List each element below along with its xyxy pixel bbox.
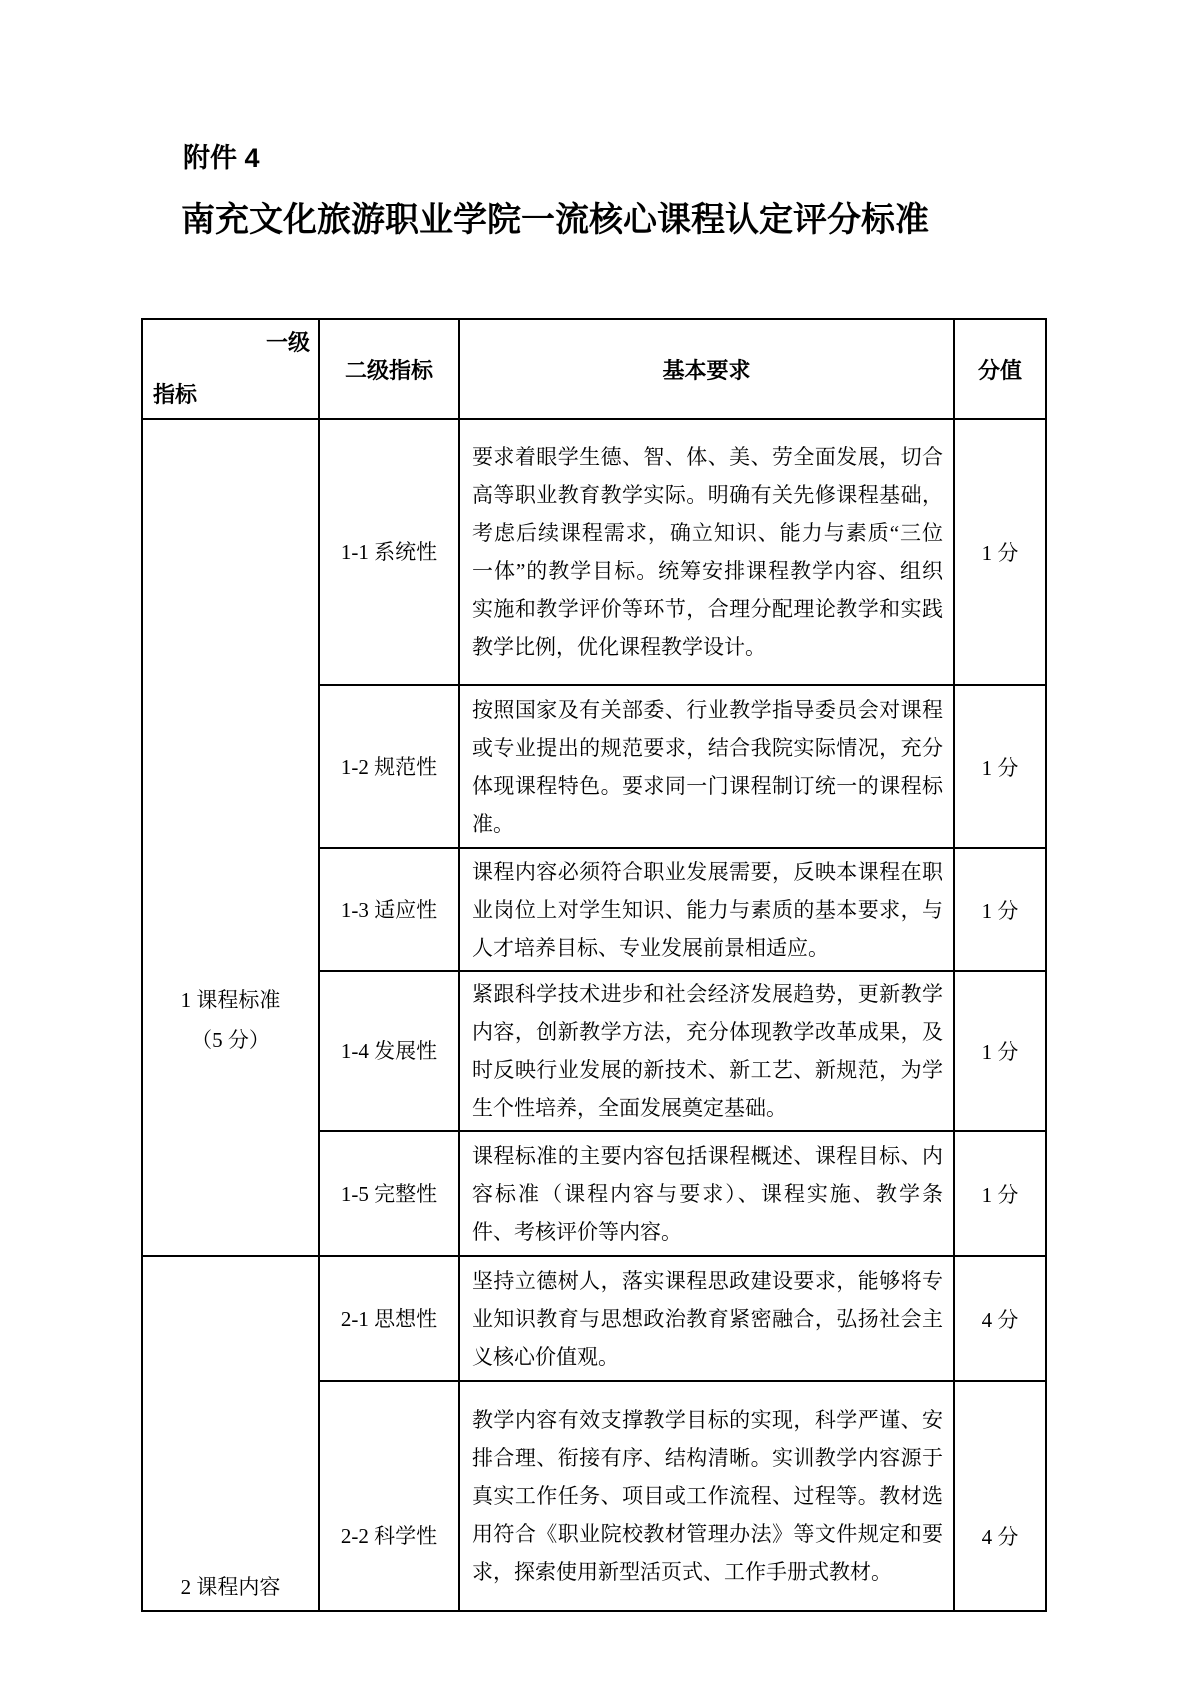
table-header-row: 一级 指标 二级指标 基本要求 分值 xyxy=(142,319,1046,419)
indicator-cell: 1-1 系统性 xyxy=(319,419,459,685)
scoring-table: 一级 指标 二级指标 基本要求 分值 1 课程标准 （5 分） 1-1 系统性 … xyxy=(141,318,1047,1612)
indicator-cell: 1-3 适应性 xyxy=(319,848,459,971)
requirement-cell: 紧跟科学技术进步和社会经济发展趋势，更新教学内容，创新教学方法，充分体现教学改革… xyxy=(459,971,954,1131)
indicator-cell: 2-1 思想性 xyxy=(319,1256,459,1381)
header-level1-line2: 指标 xyxy=(153,380,310,410)
header-level1-indicator: 一级 指标 xyxy=(142,319,319,419)
requirement-cell: 按照国家及有关部委、行业教学指导委员会对课程或专业提出的规范要求，结合我院实际情… xyxy=(459,685,954,848)
indicator-cell: 2-2 科学性 xyxy=(319,1381,459,1611)
document-title: 南充文化旅游职业学院一流核心课程认定评分标准 xyxy=(181,198,929,242)
group-label-line2: （5 分） xyxy=(143,1020,318,1060)
requirement-cell: 教学内容有效支撑教学目标的实现，科学严谨、安排合理、衔接有序、结构清晰。实训教学… xyxy=(459,1381,954,1611)
scoring-table-container: 一级 指标 二级指标 基本要求 分值 1 课程标准 （5 分） 1-1 系统性 … xyxy=(141,318,1047,1612)
score-cell: 4 分 xyxy=(954,1381,1046,1611)
header-level1-line1: 一级 xyxy=(153,328,310,358)
indicator-cell: 1-2 规范性 xyxy=(319,685,459,848)
score-cell: 1 分 xyxy=(954,685,1046,848)
requirement-cell: 要求着眼学生德、智、体、美、劳全面发展，切合高等职业教育教学实际。明确有关先修课… xyxy=(459,419,954,685)
header-score: 分值 xyxy=(954,319,1046,419)
attachment-label: 附件 4 xyxy=(183,141,260,175)
document-page: 附件 4 南充文化旅游职业学院一流核心课程认定评分标准 一级 指标 二级指标 基… xyxy=(0,0,1191,1684)
group-label-line1: 1 课程标准 xyxy=(143,980,318,1020)
score-cell: 1 分 xyxy=(954,1131,1046,1256)
table-row: 1 课程标准 （5 分） 1-1 系统性 要求着眼学生德、智、体、美、劳全面发展… xyxy=(142,419,1046,685)
table-row: 2 课程内容 2-1 思想性 坚持立德树人，落实课程思政建设要求，能够将专业知识… xyxy=(142,1256,1046,1381)
group-label-line1: 2 课程内容 xyxy=(143,1572,318,1602)
score-cell: 4 分 xyxy=(954,1256,1046,1381)
header-level2-indicator: 二级指标 xyxy=(319,319,459,419)
indicator-cell: 1-4 发展性 xyxy=(319,971,459,1131)
group-cell-course-content: 2 课程内容 xyxy=(142,1256,319,1611)
indicator-cell: 1-5 完整性 xyxy=(319,1131,459,1256)
requirement-cell: 课程内容必须符合职业发展需要，反映本课程在职业岗位上对学生知识、能力与素质的基本… xyxy=(459,848,954,971)
requirement-cell: 坚持立德树人，落实课程思政建设要求，能够将专业知识教育与思想政治教育紧密融合，弘… xyxy=(459,1256,954,1381)
group-cell-course-standard: 1 课程标准 （5 分） xyxy=(142,419,319,1256)
requirement-cell: 课程标准的主要内容包括课程概述、课程目标、内容标准（课程内容与要求）、课程实施、… xyxy=(459,1131,954,1256)
score-cell: 1 分 xyxy=(954,419,1046,685)
header-basic-requirement: 基本要求 xyxy=(459,319,954,419)
score-cell: 1 分 xyxy=(954,848,1046,971)
score-cell: 1 分 xyxy=(954,971,1046,1131)
